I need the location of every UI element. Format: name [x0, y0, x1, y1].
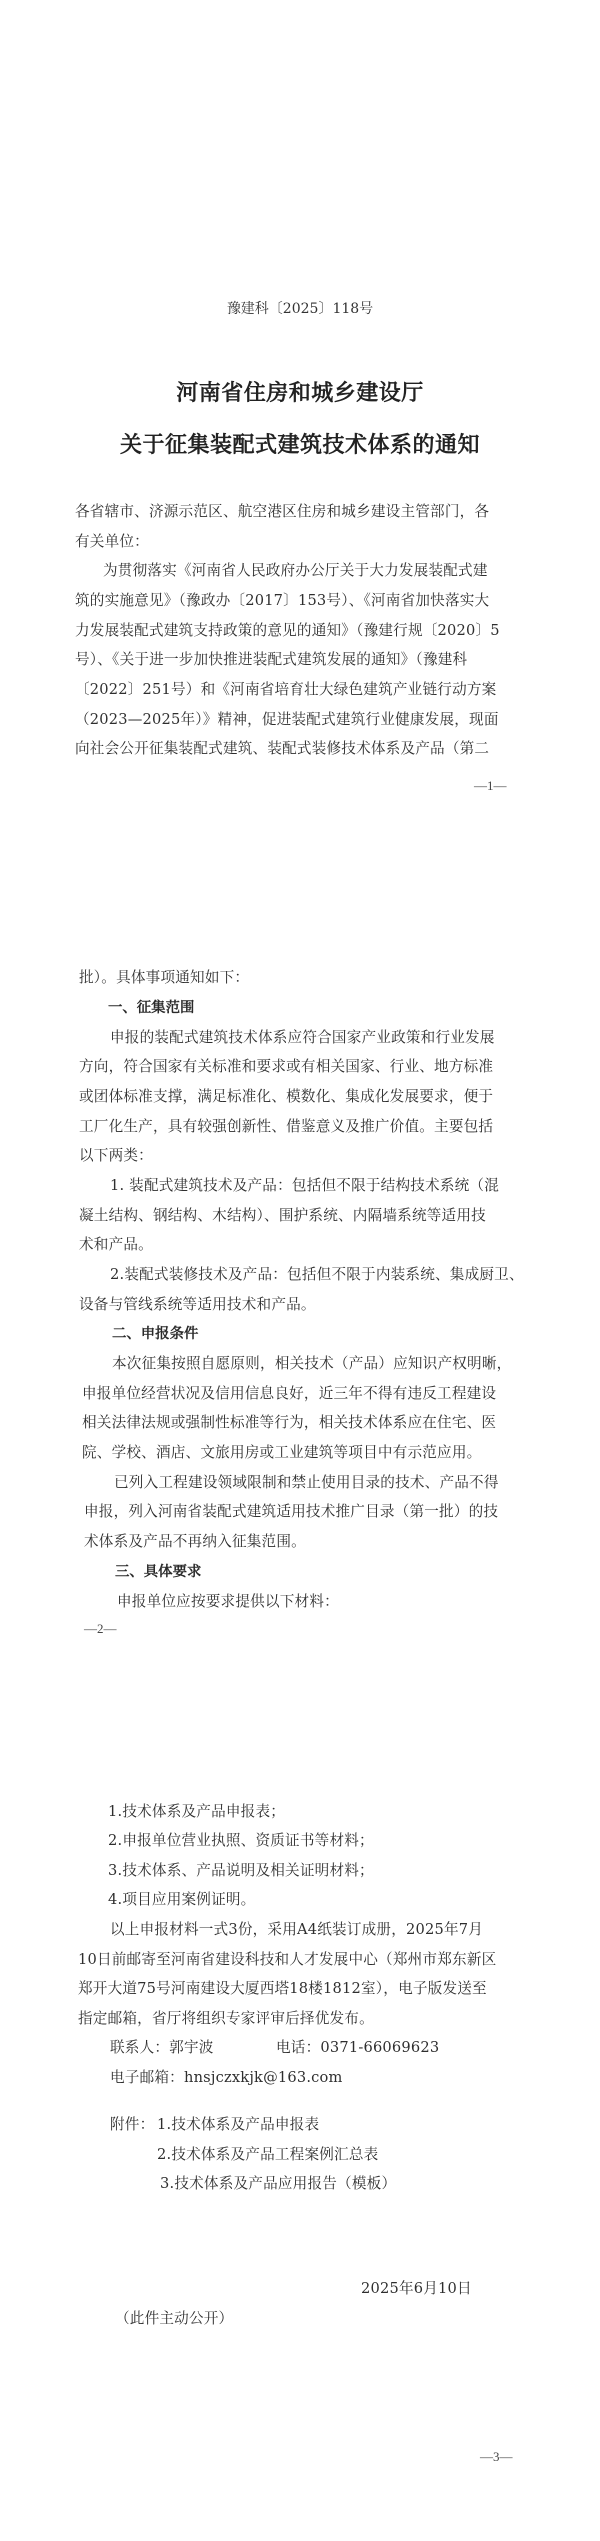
section-heading: 三、具体要求 [115, 1560, 201, 1581]
body-line: 相关法律法规或强制性标准等行为，相关技术体系应在住宅、医 [82, 1411, 496, 1432]
attachments-label: 附件： [110, 2113, 154, 2134]
category-item: 术和产品。 [79, 1233, 153, 1254]
page-number: —2— [84, 1621, 117, 1637]
body-line: 术体系及产品不再纳入征集范围。 [84, 1530, 306, 1551]
section-heading: 一、征集范围 [108, 996, 194, 1017]
material-item: 1.技术体系及产品申报表； [108, 1800, 285, 1821]
category-item: 设备与管线系统等适用技术和产品。 [79, 1293, 316, 1314]
intro-line: 〔2022〕251号）和《河南省培育壮大绿色建筑产业链行动方案 [75, 678, 496, 699]
submission-line: 10日前邮寄至河南省建设科技和人才发展中心（郑州市郑东新区 [78, 1948, 496, 1969]
salutation-line: 有关单位： [75, 530, 149, 551]
body-line: 以下两类： [79, 1144, 153, 1165]
body-line: 方向，符合国家有关标准和要求或有相关国家、行业、地方标准 [79, 1055, 493, 1076]
attachment-item: 1.技术体系及产品申报表 [157, 2113, 319, 2134]
document-number: 豫建科〔2025〕118号 [0, 298, 600, 318]
intro-line: 向社会公开征集装配式建筑、装配式装修技术体系及产品（第二 [75, 737, 489, 758]
body-line: 已列入工程建设领域限制和禁止使用目录的技术、产品不得 [114, 1471, 499, 1492]
submission-line: 郑开大道75号河南建设大厦西塔18楼1812室），电子版发送至 [78, 1977, 487, 1998]
title-line-2: 关于征集装配式建筑技术体系的通知 [0, 428, 600, 459]
submission-line: 以上申报材料一式3份，采用A4纸装订成册，2025年7月 [110, 1918, 483, 1939]
intro-line: 力发展装配式建筑支持政策的意见的通知》（豫建行规〔2020〕5 [75, 619, 500, 640]
intro-line: 为贯彻落实《河南省人民政府办公厅关于大力发展装配式建 [103, 559, 488, 580]
intro-continuation: 批）。具体事项通知如下： [79, 966, 249, 987]
intro-line: （2023—2025年）》精神，促进装配式建筑行业健康发展，现面 [75, 708, 499, 729]
body-line: 申报单位经营状况及信用信息良好，近三年不得有违反工程建设 [82, 1382, 496, 1403]
disclosure-note: （此件主动公开） [115, 2307, 233, 2328]
title-line-1: 河南省住房和城乡建设厅 [0, 376, 600, 407]
contact-person: 联系人：郭宇波 [110, 2036, 214, 2057]
contact-email: 电子邮箱：hnsjczxkjk@163.com [110, 2066, 343, 2087]
body-line: 或团体标准支撑，满足标准化、模数化、集成化发展要求，便于 [79, 1085, 493, 1106]
body-line: 申报的装配式建筑技术体系应符合国家产业政策和行业发展 [110, 1026, 495, 1047]
intro-line: 号）、《关于进一步加快推进装配式建筑发展的通知》（豫建科 [75, 648, 467, 669]
attachment-item: 2.技术体系及产品工程案例汇总表 [157, 2143, 378, 2164]
body-line: 申报，列入河南省装配式建筑适用技术推广目录（第一批）的技 [84, 1500, 498, 1521]
page-number: —3— [480, 2449, 513, 2465]
submission-line: 指定邮箱，省厅将组织专家评审后择优发布。 [78, 2007, 374, 2028]
page-number: —1— [474, 778, 507, 794]
category-item: 2.装配式装修技术及产品：包括但不限于内装系统、集成厨卫、 [110, 1263, 524, 1284]
body-line: 本次征集按照自愿原则，相关技术（产品）应知识产权明晰， [112, 1352, 511, 1373]
body-line: 申报单位应按要求提供以下材料： [117, 1590, 339, 1611]
issue-date: 2025年6月10日 [361, 2277, 472, 2298]
material-item: 4.项目应用案例证明。 [108, 1888, 255, 1909]
material-item: 3.技术体系、产品说明及相关证明材料； [108, 1859, 374, 1880]
category-item: 1. 装配式建筑技术及产品：包括但不限于结构技术系统（混 [110, 1174, 499, 1195]
salutation-line: 各省辖市、济源示范区、航空港区住房和城乡建设主管部门，各 [75, 500, 489, 521]
attachment-item: 3.技术体系及产品应用报告（模板） [160, 2172, 396, 2193]
body-line: 院、学校、酒店、文旅用房或工业建筑等项目中有示范应用。 [82, 1441, 481, 1462]
section-heading: 二、申报条件 [112, 1322, 198, 1343]
contact-phone: 电话：0371-66069623 [276, 2036, 439, 2057]
body-line: 工厂化生产，具有较强创新性、借鉴意义及推广价值。主要包括 [79, 1115, 493, 1136]
material-item: 2.申报单位营业执照、资质证书等材料； [108, 1829, 374, 1850]
category-item: 凝土结构、钢结构、木结构）、围护系统、内隔墙系统等适用技 [79, 1204, 486, 1225]
intro-line: 筑的实施意见》（豫政办〔2017〕153号）、《河南省加快落实大 [75, 589, 489, 610]
